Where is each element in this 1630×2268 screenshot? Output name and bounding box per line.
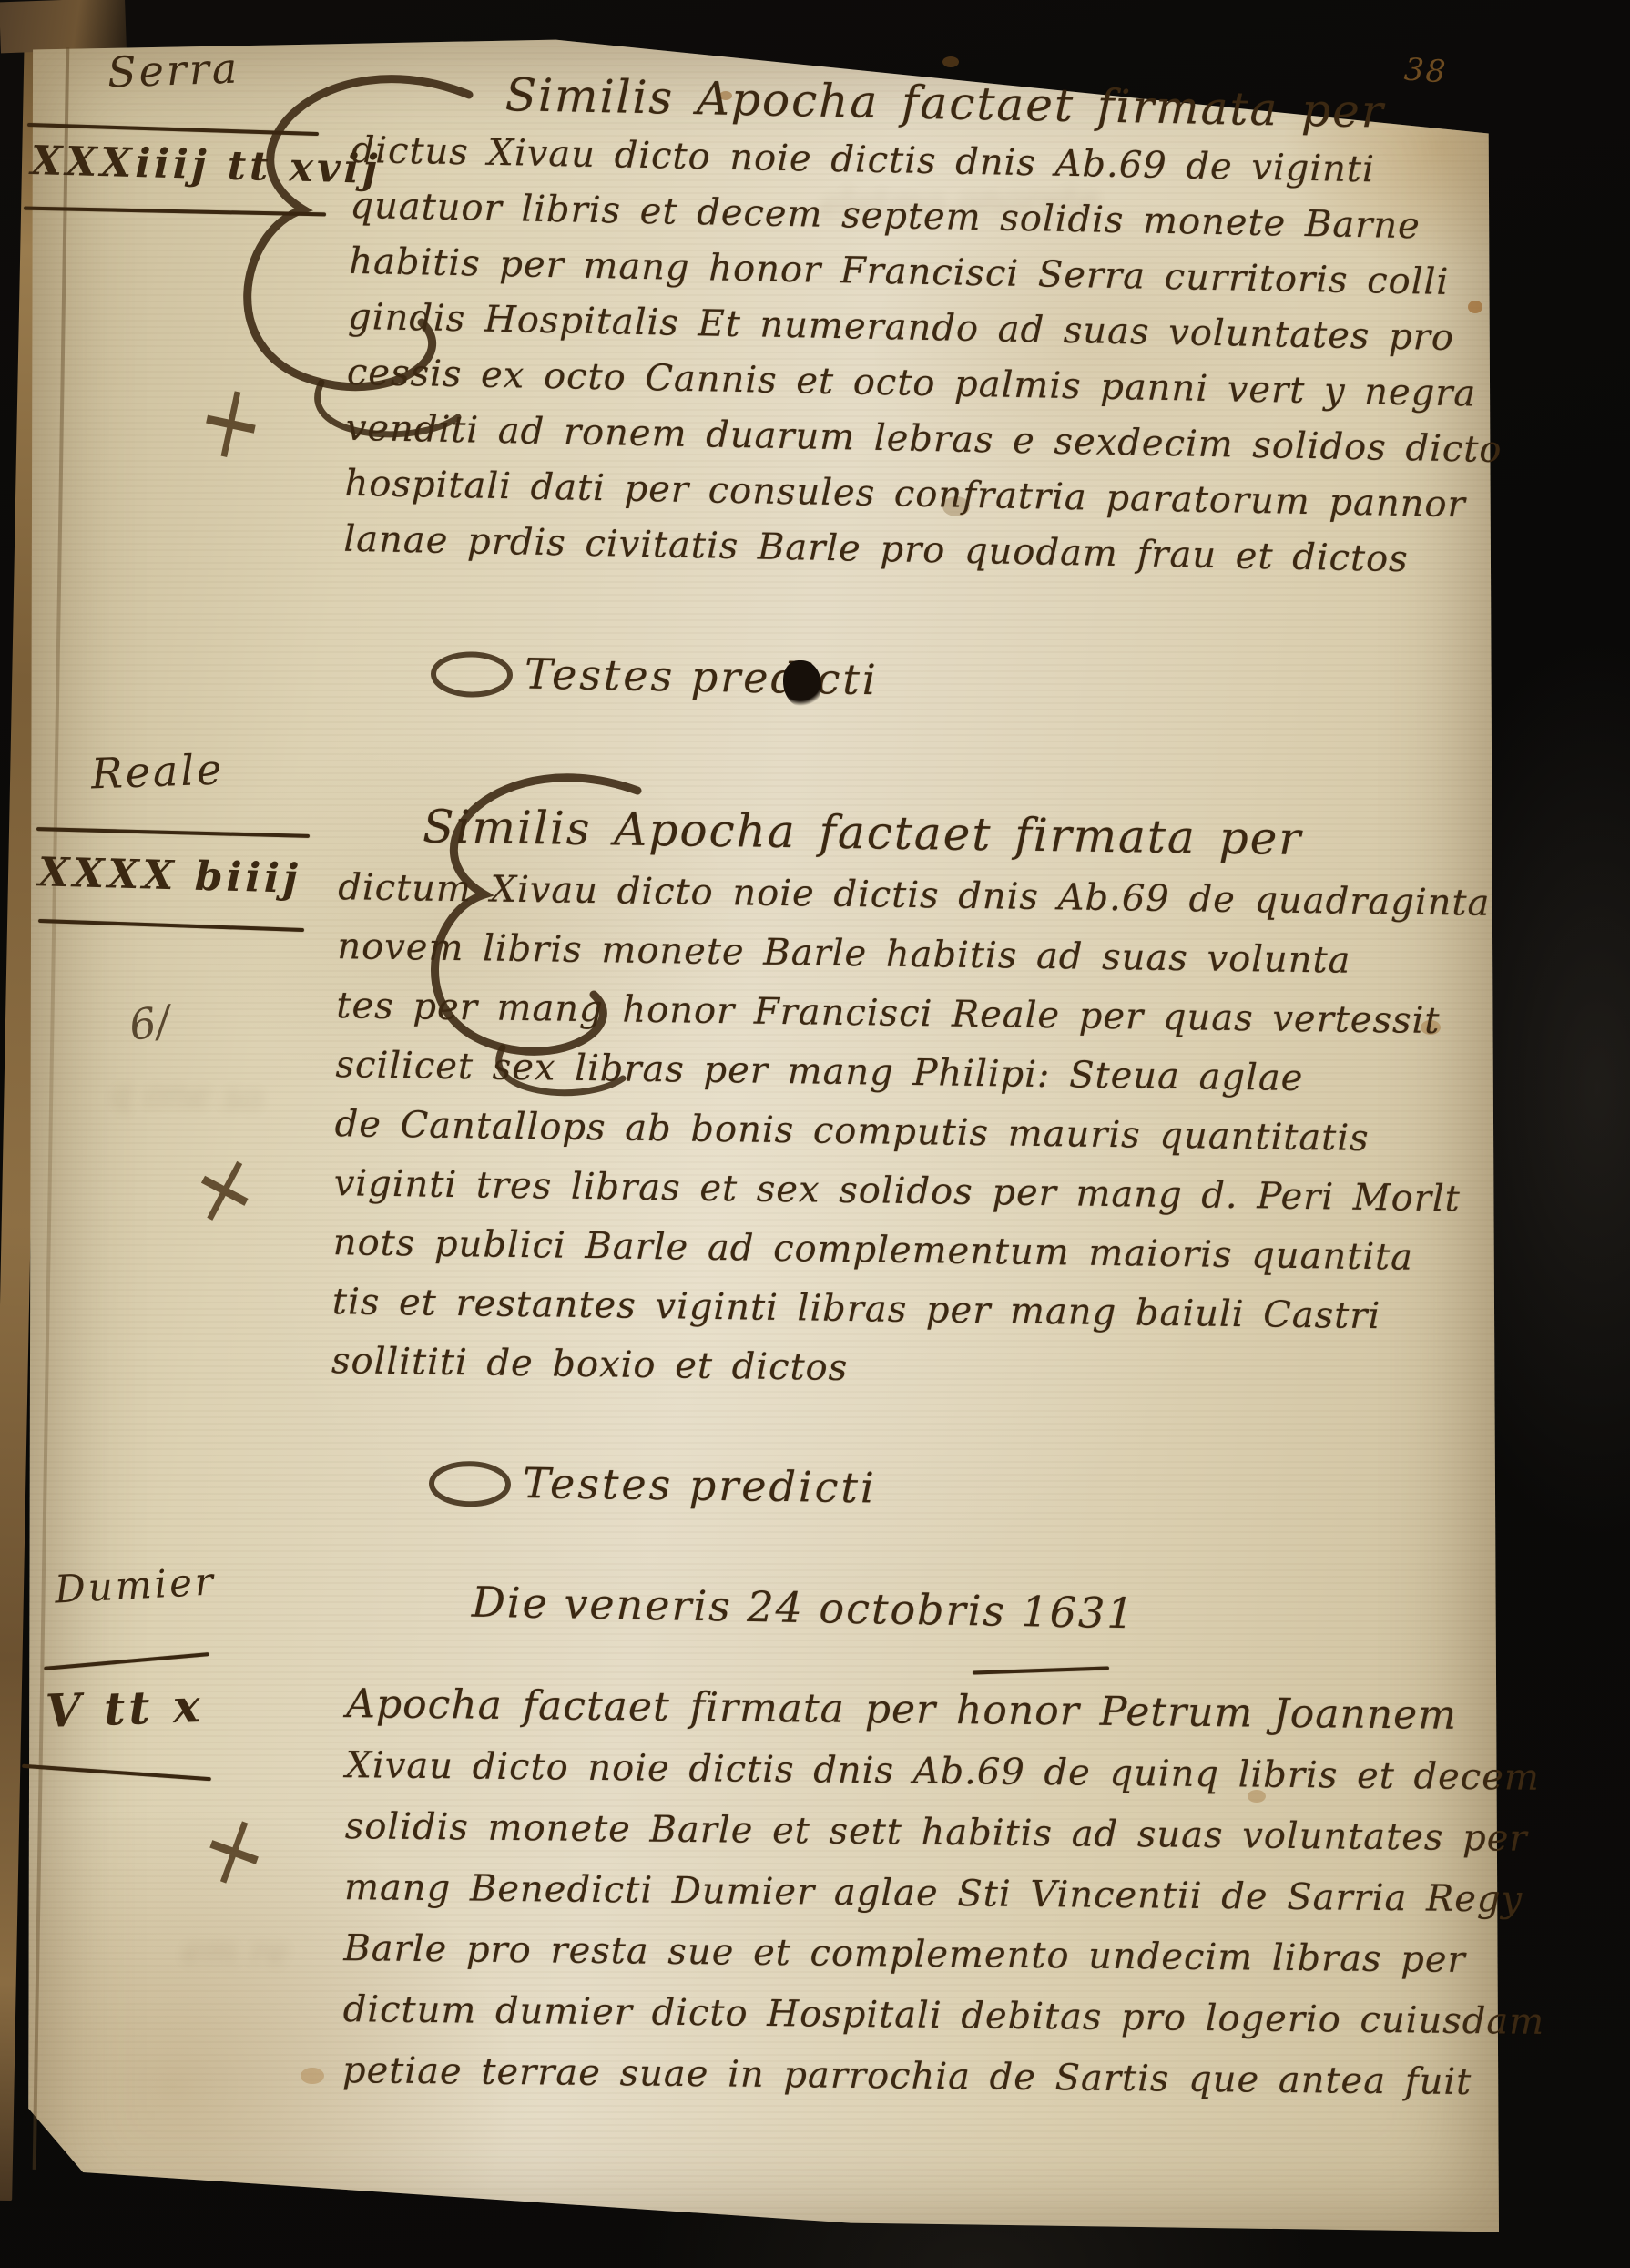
closing-text: Testes predicti bbox=[525, 649, 880, 705]
paper-stain bbox=[942, 56, 959, 67]
show-through-smudge: q one so bbox=[108, 1072, 264, 1119]
manuscript-photo: { "page": { "folio_number": "38", "color… bbox=[0, 0, 1630, 2268]
binding-corner bbox=[0, 0, 127, 53]
entry3-margin-amount: V tt x bbox=[45, 1679, 205, 1738]
entry2-text: Similis Apocha factaet firmata per dictu… bbox=[331, 799, 1491, 1415]
closing-text: Testes predicti bbox=[523, 1458, 877, 1512]
entry2-margin-label: Reale bbox=[90, 744, 225, 798]
folio-number: 38 bbox=[1403, 51, 1449, 90]
entry3-margin-label: Dumier bbox=[54, 1558, 217, 1611]
show-through-smudge: em re bbox=[182, 1930, 290, 1974]
manuscript-line: petiae terrae suae in parrochia de Sarti… bbox=[342, 2049, 1544, 2123]
closing-swash bbox=[428, 645, 516, 701]
entry2-closing: Testes predicti bbox=[426, 1455, 877, 1516]
entry3-text: Apocha factaet firmata per honor Petrum … bbox=[342, 1681, 1548, 2123]
paper-stain bbox=[301, 2068, 324, 2084]
closing-swash bbox=[426, 1455, 514, 1510]
entry2-margin-amount: XXXX biiij bbox=[37, 849, 301, 903]
ink-blot bbox=[783, 660, 821, 708]
entry1-text: Similis Apocha factaet firmata per dictu… bbox=[343, 66, 1509, 596]
margin-six-mark: 6/ bbox=[126, 996, 173, 1050]
